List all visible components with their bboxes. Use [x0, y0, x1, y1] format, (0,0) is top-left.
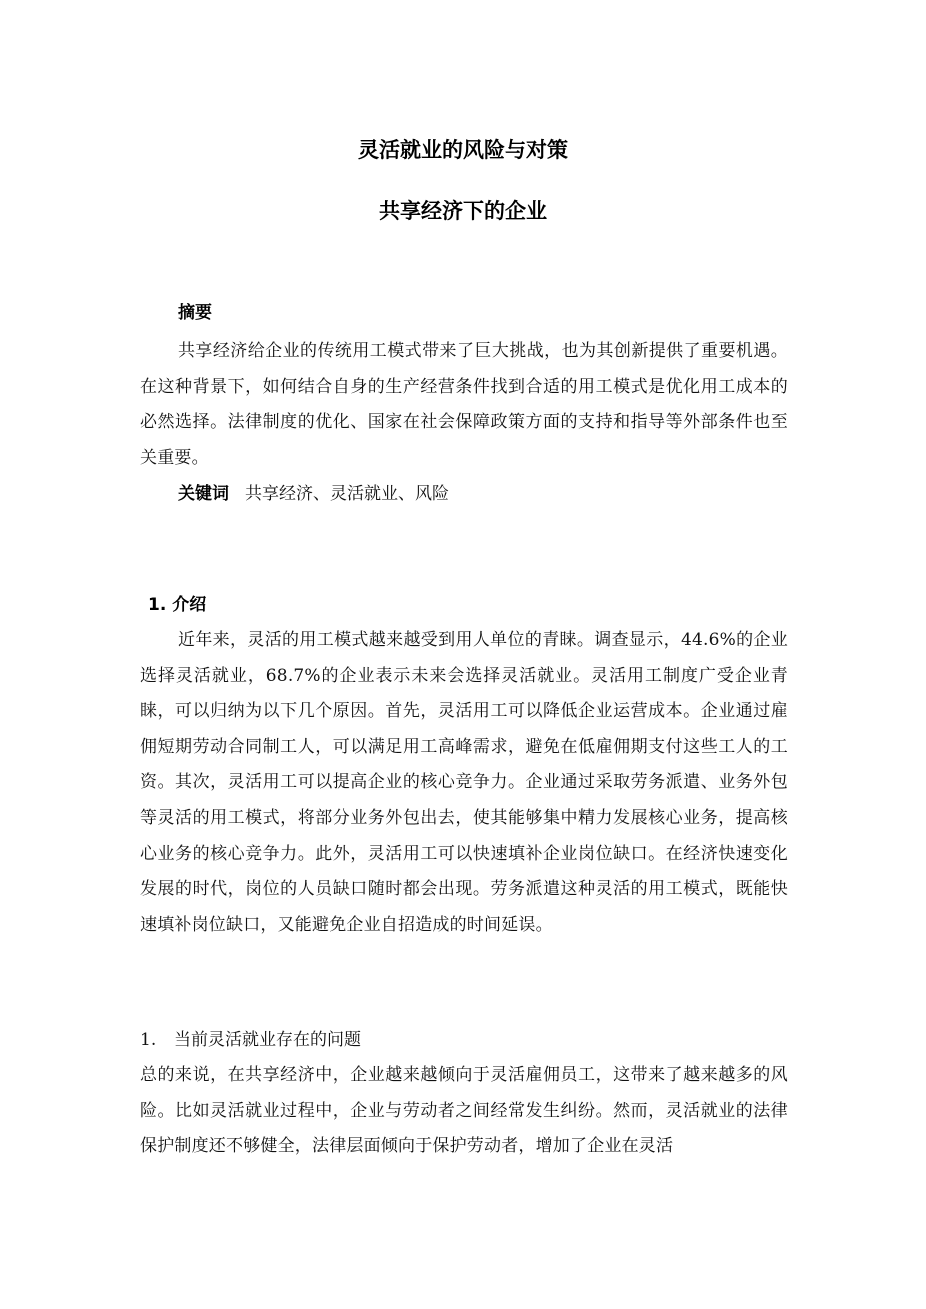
section-number: 1.	[140, 1027, 174, 1053]
document-subtitle: 共享经济下的企业	[0, 198, 926, 224]
section-body-problems: 总的来说，在共享经济中，企业越来越倾向于灵活雇佣员工，这带来了越来越多的风险。比…	[140, 1058, 788, 1165]
abstract-heading: 摘要	[178, 301, 212, 325]
keywords-line: 关键词共享经济、灵活就业、风险	[178, 481, 449, 507]
section-heading-problems: 1.当前灵活就业存在的问题	[140, 1027, 361, 1053]
abstract-body: 共享经济给企业的传统用工模式带来了巨大挑战，也为其创新提供了重要机遇。在这种背景…	[140, 334, 788, 476]
section-heading-introduction: 1. 介绍	[148, 593, 206, 617]
document-page: 灵活就业的风险与对策 共享经济下的企业 摘要 共享经济给企业的传统用工模式带来了…	[0, 0, 926, 1309]
section-body-introduction: 近年来，灵活的用工模式越来越受到用人单位的青睐。调查显示，44.6%的企业选择灵…	[140, 623, 788, 943]
keywords-value: 共享经济、灵活就业、风险	[245, 484, 449, 504]
keywords-label: 关键词	[178, 484, 229, 504]
section-heading-text: 当前灵活就业存在的问题	[174, 1030, 361, 1050]
document-title: 灵活就业的风险与对策	[0, 137, 926, 163]
